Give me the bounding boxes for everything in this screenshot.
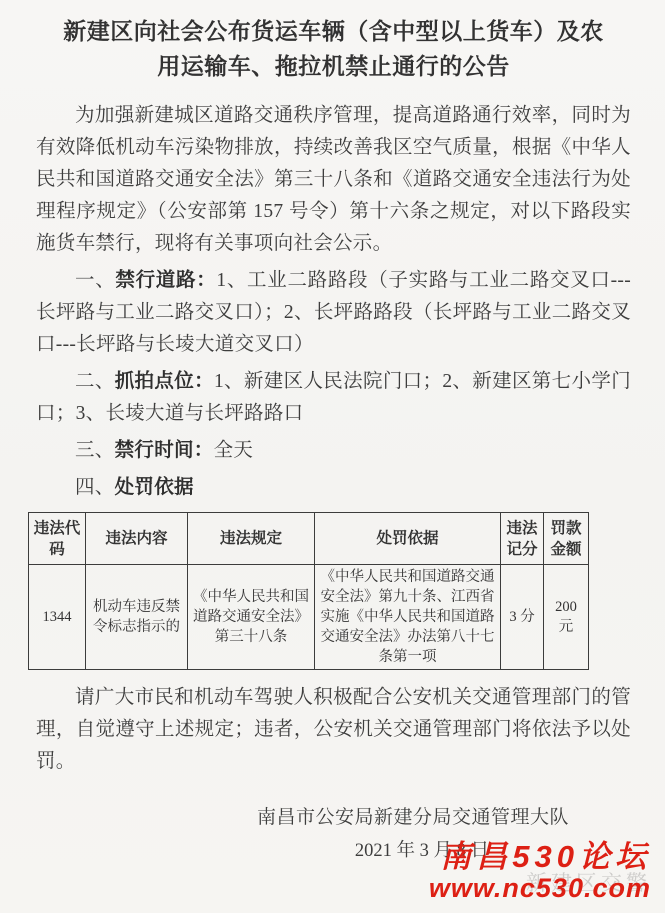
forum-watermark-url: www.nc530.com — [429, 873, 651, 903]
penalty-table-header-row: 违法代码 违法内容 违法规定 处罚依据 违法记分 罚款金额 — [29, 513, 589, 565]
cell-penalty-basis: 《中华人民共和国道路交通安全法》第九十条、江西省实施《中华人民共和国道路交通安全… — [315, 565, 501, 670]
section-label: 抓拍点位： — [115, 370, 214, 392]
forum-watermark-name: 南昌530论坛 — [429, 840, 651, 873]
section-number: 三、 — [75, 440, 115, 461]
header-penalty-basis: 处罚依据 — [315, 513, 501, 565]
cell-violation-content: 机动车违反禁令标志指示的 — [86, 565, 188, 670]
header-points: 违法记分 — [501, 513, 544, 565]
cell-violation-rule: 《中华人民共和国道路交通安全法》第三十八条 — [188, 565, 315, 670]
page-title: 新建区向社会公布货运车辆（含中型以上货车）及农用运输车、拖拉机禁止通行的公告 — [36, 14, 631, 84]
penalty-table-row: 1344 机动车违反禁令标志指示的 《中华人民共和国道路交通安全法》第三十八条 … — [29, 565, 589, 670]
header-violation-content: 违法内容 — [86, 513, 188, 565]
section-ban-time: 三、禁行时间：全天 — [36, 434, 631, 467]
section-number: 二、 — [75, 371, 115, 392]
penalty-table: 违法代码 违法内容 违法规定 处罚依据 违法记分 罚款金额 1344 机动车违反… — [28, 512, 589, 670]
cell-fine-amount: 200 元 — [544, 565, 589, 670]
section-label: 处罚依据 — [115, 476, 194, 498]
header-fine-amount: 罚款金额 — [544, 513, 589, 565]
section-banned-roads: 一、禁行道路：1、工业二路路段（子实路与工业二路交叉口---长坪路与工业二路交叉… — [36, 264, 631, 361]
issuer-signature: 南昌市公安局新建分局交通管理大队 — [36, 802, 631, 829]
header-violation-code: 违法代码 — [29, 513, 86, 565]
section-camera-points: 二、抓拍点位：1、新建区人民法院门口；2、新建区第七小学门口；3、长堎大道与长坪… — [36, 365, 631, 430]
closing-paragraph: 请广大市民和机动车驾驶人积极配合公安机关交通管理部门的管理，自觉遵守上述规定；违… — [36, 682, 631, 778]
forum-watermark: 南昌530论坛 www.nc530.com — [429, 840, 651, 903]
header-violation-rule: 违法规定 — [188, 513, 315, 565]
section-label: 禁行时间： — [115, 439, 214, 461]
intro-paragraph: 为加强新建城区道路交通秩序管理，提高道路通行效率，同时为有效降低机动车污染物排放… — [36, 100, 631, 260]
section-label: 禁行道路： — [115, 269, 216, 291]
section-number: 一、 — [75, 270, 115, 291]
cell-violation-code: 1344 — [29, 565, 86, 670]
document-page: 新建区向社会公布货运车辆（含中型以上货车）及农用运输车、拖拉机禁止通行的公告 为… — [0, 0, 665, 913]
section-text: 全天 — [214, 440, 254, 461]
section-penalty-basis: 四、处罚依据 — [36, 471, 631, 504]
section-number: 四、 — [75, 477, 115, 498]
cell-points: 3 分 — [501, 565, 544, 670]
